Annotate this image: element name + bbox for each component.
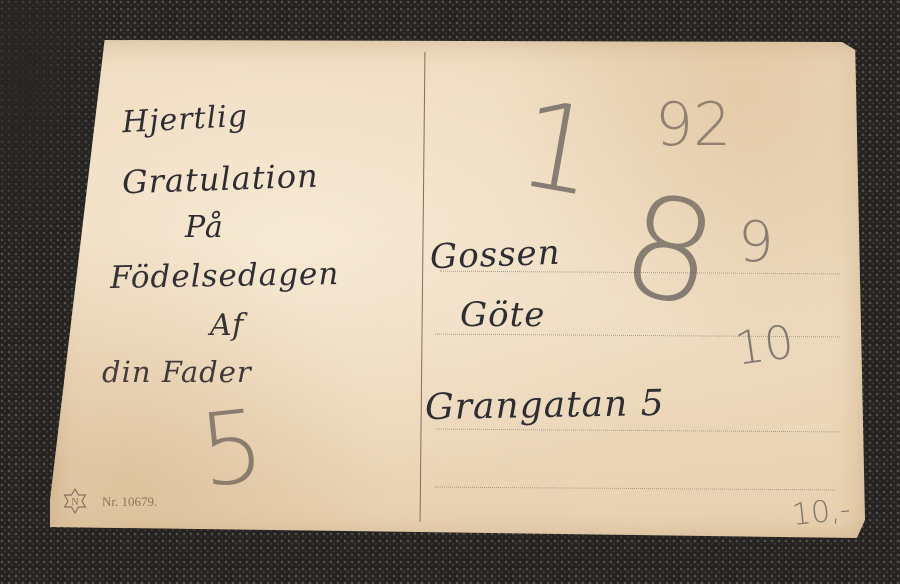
message-line-5: Af (210, 308, 244, 343)
address-line-3 (435, 429, 840, 433)
publisher-star-logo-icon: N (62, 488, 88, 514)
message-line-3: På (185, 210, 224, 245)
pencil-mark-92: 92 (655, 90, 731, 160)
pencil-number-5: 5 (194, 387, 270, 510)
message-line-4: Födelsedagen (110, 256, 340, 296)
postcard: Hjertlig Gratulation På Födelsedagen Af … (50, 40, 865, 540)
message-line-1: Hjertlig (121, 99, 249, 141)
pencil-mark-1: 1 (509, 74, 608, 224)
pencil-mark-8: 8 (609, 163, 730, 341)
pencil-mark-10: 10 (732, 314, 797, 376)
center-divider (420, 52, 426, 522)
address-line-4 (435, 487, 835, 491)
address-line-name-2: Göte (460, 295, 545, 335)
message-line-6: din Fader (102, 355, 252, 389)
price-mark: 10,- (790, 492, 852, 533)
svg-text:N: N (71, 497, 78, 508)
address-street: Grangatan 5 (425, 383, 665, 428)
pencil-mark-9: 9 (738, 210, 774, 275)
address-line-name-1: Gossen (429, 233, 561, 278)
card-number: Nr. 10679. (102, 494, 157, 510)
message-line-2: Gratulation (121, 157, 319, 202)
